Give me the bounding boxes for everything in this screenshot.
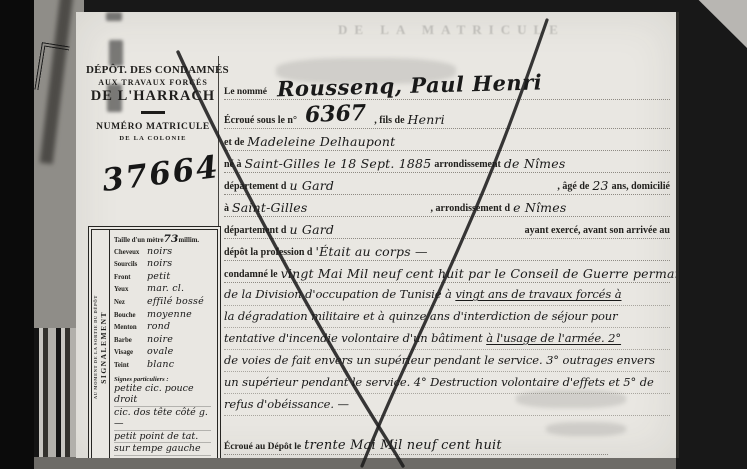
departement2-handwritten: u Gard: [287, 222, 338, 237]
ecrou-number-line: Écroué sous le n° 6367 , fils de Henri: [224, 100, 670, 129]
signalement-row: Front petit: [114, 271, 215, 284]
taille-suffix: millim.: [179, 237, 200, 244]
ne-a-label: né à: [224, 159, 242, 171]
sentence-line: refus d'obéissance. —: [224, 394, 670, 416]
fils-de-label: , fils de: [374, 115, 404, 127]
taille-label: Taille d'un mètre: [114, 237, 163, 244]
signalement-row: Sourcils noirs: [114, 258, 215, 271]
signalement-row: Cheveux noirs: [114, 246, 215, 259]
signes-line: sur tempe gauche: [114, 443, 211, 456]
prisoner-name-handwritten: Roussenq, Paul Henri: [267, 69, 543, 101]
matricule-number-handwritten: 37664: [100, 149, 221, 199]
departement-handwritten: u Gard: [287, 178, 338, 193]
depot-header: DÉPÔT. DES CONDAMNÉS AUX TRAVAUX FORCÉS …: [86, 64, 220, 142]
domicile-handwritten: Saint-Gilles: [229, 200, 311, 215]
signalement-row: Barbe noire: [114, 334, 215, 347]
signalement-vertical-labels: AU MOMENT DE LA SORTIE DU DÉPÔT SIGNALEM…: [92, 230, 110, 458]
ecroue-depot-line: Écroué au Dépôt le trente Mai Mil neuf c…: [224, 429, 608, 455]
signes-line: petit point de tat.: [114, 431, 211, 444]
ecroue-depot-date-handwritten: trente Mai Mil neuf cent huit: [301, 438, 505, 453]
signalement-row: Nez effilé bossé: [114, 296, 215, 309]
underlying-page-frame-corner: [34, 42, 69, 94]
departement2-line: département d u Gard ayant exercé, avant…: [224, 217, 670, 239]
profession-label: dépôt la profession d: [224, 247, 312, 259]
mother-line: et de Madeleine Delhaupont: [224, 129, 670, 151]
arrondissement2-label: , arrondissement d: [311, 203, 511, 215]
sentence-line: un supérieur pendant le service. 4° Dest…: [224, 372, 670, 394]
departement2-label: département d: [224, 225, 287, 237]
scan-corner-highlight: [685, 0, 747, 48]
ecrou-number-handwritten: 6367: [297, 100, 375, 129]
signes-line: petite cic. pouce droit: [114, 383, 211, 407]
signalement-row: Menton rond: [114, 321, 215, 334]
signalement-rows: Taille d'un mètre 73 millim. Cheveux noi…: [110, 230, 217, 458]
condamnation-handwritten: vingt Mai Mil neuf cent huit par le Cons…: [278, 266, 679, 281]
taille-value-handwritten: 73: [163, 233, 178, 245]
matricule-form-page: DE LA MATRICULE DÉPÔT. DES CONDAMNÉS AUX…: [76, 12, 679, 458]
profession-handwritten: 'Était au corps —: [312, 244, 430, 259]
sentence-line: tentative d'incendie volontaire d'un bât…: [224, 328, 670, 350]
register-form: Le nommé Roussenq, Paul Henri Écroué sou…: [224, 58, 670, 455]
ecroue-depot-label: Écroué au Dépôt le: [224, 442, 301, 453]
birth-line: né à Saint-Gilles le 18 Sept. 1885 arron…: [224, 151, 670, 173]
signalement-row: Bouche moyenne: [114, 309, 215, 322]
scanned-register-page: DE LA MATRICULE DÉPÔT. DES CONDAMNÉS AUX…: [0, 0, 747, 469]
signalement-vertical-subtitle: AU MOMENT DE LA SORTIE DU DÉPÔT: [93, 295, 98, 399]
arrondissement2-handwritten: e Nîmes: [510, 200, 569, 215]
ayant-exerce-label: ayant exercé, avant son arrivée au: [525, 225, 670, 237]
condamnation-line: condamné le vingt Mai Mil neuf cent huit…: [224, 261, 670, 283]
header-rule: [141, 111, 165, 114]
signalement-box-inner: AU MOMENT DE LA SORTIE DU DÉPÔT SIGNALEM…: [91, 229, 218, 458]
departement-label: département d: [224, 181, 287, 193]
signalement-row: Teint blanc: [114, 359, 215, 372]
bleed-through-mark: [106, 12, 122, 21]
sentence-line: de la Division d'occupation de Tunisie à…: [224, 284, 670, 306]
age-handwritten: 23: [589, 178, 611, 193]
bleed-through-header: DE LA MATRICULE: [338, 22, 565, 38]
domicile-line: à Saint-Gilles , arrondissement d e Nîme…: [224, 195, 670, 217]
page-edges-stripes: [34, 328, 82, 458]
signes-label: Signes particuliers :: [114, 376, 215, 383]
depot-title-line1: DÉPÔT. DES CONDAMNÉS: [86, 64, 220, 76]
name-line: Le nommé Roussenq, Paul Henri: [224, 58, 670, 100]
taille-row: Taille d'un mètre 73 millim.: [114, 233, 215, 246]
father-name-handwritten: Henri: [405, 112, 448, 127]
birthplace-handwritten: Saint-Gilles le 18 Sept. 1885: [242, 156, 435, 171]
signalement-row: Visage ovale: [114, 346, 215, 359]
signes-particuliers: Signes particuliers : petite cic. pouce …: [114, 376, 215, 456]
page-bottom-edge: [34, 457, 676, 469]
departement-age-line: département d u Gard , âgé de 23 ans, do…: [224, 173, 670, 195]
arrondissement-handwritten: de Nîmes: [501, 156, 569, 171]
mother-name-handwritten: Madeleine Delhaupont: [244, 134, 398, 149]
sentence-line: de voies de fait envers un supérieur pen…: [224, 350, 670, 372]
signes-line: cic. dos tête côté g. —: [114, 407, 211, 431]
nomme-label: Le nommé: [224, 87, 267, 98]
depot-title-line2: AUX TRAVAUX FORCÉS: [86, 78, 220, 87]
scan-background-left: [0, 0, 34, 469]
et-de-label: et de: [224, 137, 244, 149]
numero-matricule-label: NUMÉRO MATRICULE: [86, 122, 220, 132]
sentence-paragraph: de la Division d'occupation de Tunisie à…: [224, 284, 670, 416]
colonie-sublabel: DE LA COLONIE: [86, 135, 220, 142]
sentence-line: la dégradation militaire et à quinze ans…: [224, 306, 670, 328]
ecrou-label: Écroué sous le n°: [224, 115, 297, 127]
depot-title-line3: DE L'HARRACH: [86, 88, 220, 105]
domicilie-label: ans, domicilié: [612, 181, 670, 193]
signalement-vertical-title: SIGNALEMENT: [99, 311, 108, 384]
signalement-box: AU MOMENT DE LA SORTIE DU DÉPÔT SIGNALEM…: [88, 226, 221, 458]
arrondissement-label: arrondissement: [434, 159, 500, 171]
signalement-row: Yeux mar. cl.: [114, 283, 215, 296]
bleed-through-mark: [109, 40, 123, 66]
profession-line: dépôt la profession d 'Était au corps —: [224, 239, 670, 261]
condamne-label: condamné le: [224, 269, 278, 281]
age-label: , âgé de: [557, 181, 589, 193]
